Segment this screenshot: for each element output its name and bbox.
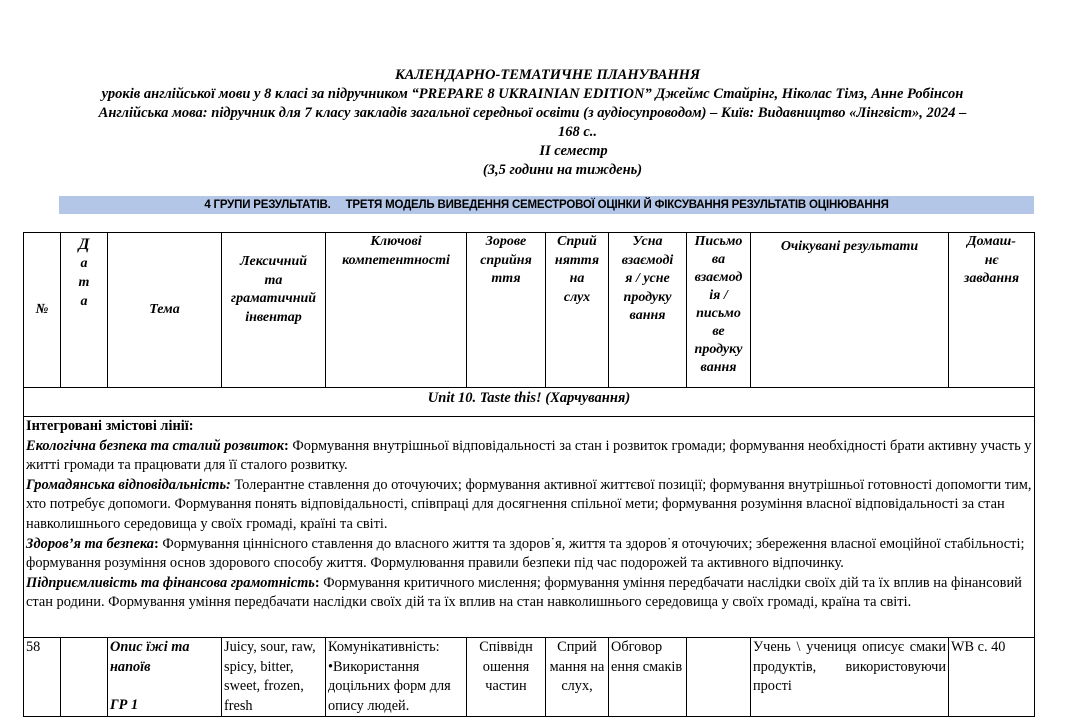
integrated-line-item: Здоров’я та безпека: Формування ціннісно…: [26, 535, 1032, 574]
header-line: ття: [469, 270, 543, 289]
document-subtitle-line1: уроків англійської мови у 8 класі за під…: [0, 85, 1065, 104]
header-line: т: [63, 273, 105, 292]
header-homework: Домаш-нєзавдання: [949, 233, 1035, 388]
header-line: сприйня: [469, 252, 543, 271]
header-line: няття: [548, 252, 606, 271]
integrated-line-label: Підприємливість та фінансова грамотність: [26, 575, 315, 591]
document-header: КАЛЕНДАРНО-ТЕМАТИЧНЕ ПЛАНУВАННЯ уроків а…: [0, 66, 1065, 180]
header-line: Письмо: [689, 233, 748, 251]
lesson-expected-results: Учень \ учениця описує смаки продуктів, …: [751, 638, 949, 717]
header-line: нє: [951, 252, 1032, 271]
lesson-oral-interaction: Обговор ення смаків: [609, 638, 687, 717]
lesson-topic: Опис їжі та напоїв ГР 1: [108, 638, 222, 717]
header-expected-results: Очікувані результати: [751, 233, 949, 388]
header-line: я / усне: [611, 270, 684, 289]
topic-text: Опис їжі та напоїв: [110, 639, 190, 675]
integrated-line-item: Громадянська відповідальність: Толерантн…: [26, 476, 1032, 535]
header-topic: Тема: [108, 233, 222, 388]
table-row: 58 Опис їжі та напоїв ГР 1 Juicy, sour, …: [24, 638, 1035, 717]
banner-right-text: ТРЕТЯ МОДЕЛЬ ВИВЕДЕННЯ СЕМЕСТРОВОЇ ОЦІНК…: [346, 199, 889, 211]
header-line: Усна: [611, 233, 684, 252]
document-title: КАЛЕНДАРНО-ТЕМАТИЧНЕ ПЛАНУВАННЯ: [0, 66, 1065, 85]
unit-title: Unit 10. Taste this! (Харчування): [24, 388, 1035, 417]
header-line: граматичний: [224, 290, 323, 309]
lesson-competences: Комунікативність: •Використання доцільни…: [326, 638, 467, 717]
header-line: продуку: [611, 289, 684, 308]
integrated-line-item: Екологічна безпека та сталий розвиток: Ф…: [26, 437, 1032, 476]
header-line: взаємод: [689, 269, 748, 287]
semester-label: II семестр: [0, 142, 1065, 161]
planning-table: №ДатаТемаЛексичнийтаграматичнийінвентарК…: [23, 232, 1035, 717]
document-subtitle-line2: Англійська мова: підручник для 7 класу з…: [0, 104, 1065, 123]
header-line: завдання: [951, 270, 1032, 289]
header-line: вання: [689, 359, 748, 377]
header-listening: Сприйняттянаслух: [546, 233, 609, 388]
banner-left-text: 4 ГРУПИ РЕЗУЛЬТАТІВ.: [204, 199, 330, 211]
integrated-line-label: Громадянська відповідальність:: [26, 477, 231, 493]
header-line: Ключові: [328, 233, 464, 252]
unit-row: Unit 10. Taste this! (Харчування): [24, 388, 1035, 417]
integrated-lines-cell: Інтегровані змістові лінії:Екологічна бе…: [24, 417, 1035, 638]
header-line: Д: [63, 235, 105, 254]
integrated-line-item: Підприємливість та фінансова грамотність…: [26, 574, 1032, 613]
header-line: Зорове: [469, 233, 543, 252]
header-key-competences: Ключовікомпетентності: [326, 233, 467, 388]
header-line: Очікувані результати: [753, 233, 946, 261]
header-line: а: [63, 292, 105, 311]
header-line: інвентар: [224, 309, 323, 328]
header-number: №: [24, 233, 61, 388]
document-subtitle-line3: 168 с..: [0, 123, 1065, 142]
lesson-written-interaction: [687, 638, 751, 717]
header-vocabulary-grammar: Лексичнийтаграматичнийінвентар: [222, 233, 326, 388]
header-oral-interaction: Уснавзаємодія / уснепродукування: [609, 233, 687, 388]
header-line: Домаш-: [951, 233, 1032, 252]
group-label: ГР 1: [110, 697, 138, 713]
header-written-interaction: Письмовавзаємодія /письмовепродукування: [687, 233, 751, 388]
integrated-line-label: Здоров’я та безпека: [26, 536, 154, 552]
header-line: вання: [611, 307, 684, 326]
header-line: письмо: [689, 305, 748, 323]
header-line: Тема: [110, 301, 219, 320]
header-line: ва: [689, 251, 748, 269]
integrated-line-text: Формування ціннісного ставлення до власн…: [26, 536, 1024, 572]
header-visual-perception: Зоровесприйняття: [467, 233, 546, 388]
integrated-lines-row: Інтегровані змістові лінії:Екологічна бе…: [24, 417, 1035, 638]
header-line: та: [224, 272, 323, 291]
header-line: №: [26, 301, 58, 320]
results-model-banner: 4 ГРУПИ РЕЗУЛЬТАТІВ. ТРЕТЯ МОДЕЛЬ ВИВЕДЕ…: [59, 196, 1034, 214]
header-line: компетентності: [328, 252, 464, 271]
table-header-row: №ДатаТемаЛексичнийтаграматичнийінвентарК…: [24, 233, 1035, 388]
lesson-number: 58: [24, 638, 61, 717]
header-line: на: [548, 270, 606, 289]
integrated-lines-heading: Інтегровані змістові лінії:: [26, 418, 194, 434]
header-line: взаємоді: [611, 252, 684, 271]
lesson-homework: WB с. 40: [949, 638, 1035, 717]
header-line: ія /: [689, 287, 748, 305]
header-line: а: [63, 254, 105, 273]
lesson-vocabulary: Juicy, sour, raw, spicy, bitter, sweet, …: [222, 638, 326, 717]
hours-label: (3,5 години на тиждень): [0, 161, 1065, 180]
header-line: Лексичний: [224, 253, 323, 272]
header-date: Дата: [61, 233, 108, 388]
integrated-line-label: Екологічна безпека та сталий розвиток: [26, 438, 284, 454]
header-line: Сприй: [548, 233, 606, 252]
lesson-visual-perception: Співвідн ошення частин: [467, 638, 546, 717]
lesson-date: [61, 638, 108, 717]
header-line: слух: [548, 289, 606, 308]
lesson-listening: Сприй мання на слух,: [546, 638, 609, 717]
integrated-line-separator: :: [315, 575, 323, 591]
header-line: ве: [689, 323, 748, 341]
header-line: продуку: [689, 341, 748, 359]
